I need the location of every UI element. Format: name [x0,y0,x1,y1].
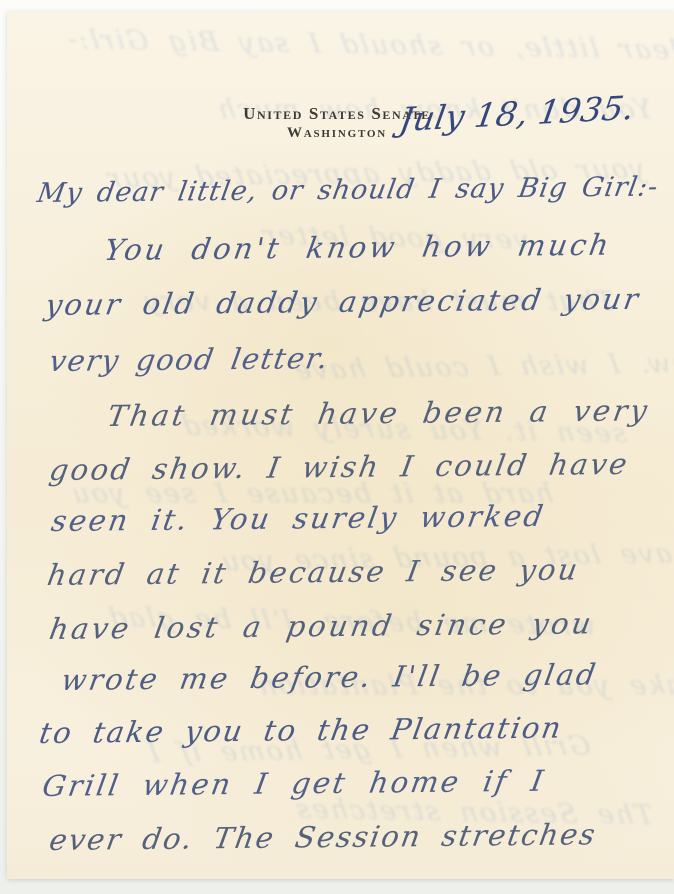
handwritten-line: seen it. You surely worked [49,499,548,538]
handwritten-line: good show. I wish I could have [47,447,632,487]
handwritten-line: My dear little, or should I say Big Girl… [35,172,661,209]
handwritten-line: wrote me before. I'll be glad [59,657,600,697]
handwritten-line: Grill when I get home if I [40,764,548,803]
handwritten-line: your old daddy appreciated your [43,282,643,322]
handwritten-line: That must have been a very [105,393,653,433]
bleed-through-line: My dear little, or should I say Big Girl… [64,24,674,67]
handwritten-line: hard at it because I see you [45,552,582,592]
letter-paper: My dear little, or should I say Big Girl… [7,12,674,879]
handwritten-line: have lost a pound since you [47,606,596,646]
bleed-through-line: good show. I wish I could have [290,345,674,385]
handwritten-line: to take you to the Plantation [37,711,565,750]
handwritten-line: ever do. The Session stretches [47,817,599,857]
letter-scan: My dear little, or should I say Big Girl… [0,0,674,894]
handwritten-line: very good letter. [47,341,332,378]
handwritten-line: You don't know how much [102,228,614,267]
